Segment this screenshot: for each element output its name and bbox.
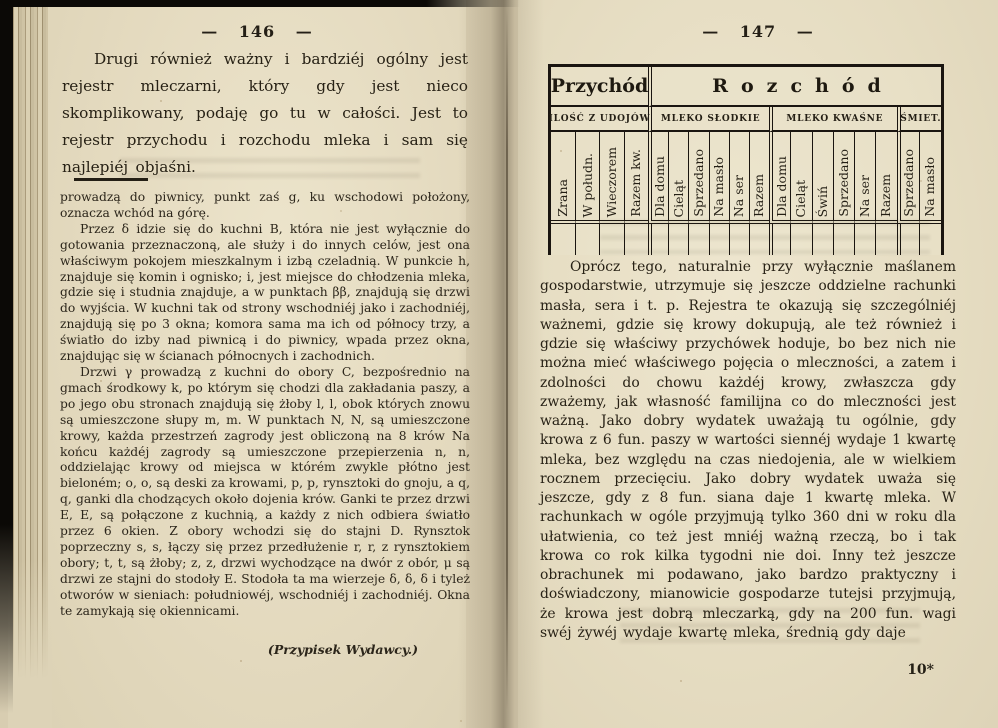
table-group-header: MLEKO SŁODKIE <box>648 107 769 132</box>
table-column-header: Dla domu <box>648 132 668 224</box>
rotated-column-label: Dla domu <box>654 156 667 217</box>
left-page: — 146 — Drugi również ważny i bardziéj o… <box>48 0 466 728</box>
rotated-column-label: Sprzedano <box>838 149 851 217</box>
table-column-header: Cieląt <box>790 132 811 224</box>
table-group-header: MLEKO KWAŚNE <box>769 107 896 132</box>
table-column-header: Wieczorem <box>599 132 623 224</box>
scan-edge-top <box>0 0 520 7</box>
rotated-column-label: Razem <box>880 174 893 217</box>
rotated-column-label: W połudn. <box>582 153 595 217</box>
table-column-header: Dla domu <box>769 132 790 224</box>
table-column-header: Sprzedano <box>833 132 854 224</box>
table-empty-cell <box>575 224 599 255</box>
book-gutter-line <box>506 10 508 710</box>
rotated-column-label: Sprzedano <box>693 149 706 217</box>
table-column-header: Na ser <box>854 132 875 224</box>
rotated-column-label: Na masło <box>924 157 937 217</box>
table-group-header: ŚMIET. <box>897 107 941 132</box>
book-scan: { "left_page": { "header": "— 146 —", "i… <box>0 0 998 728</box>
table-group-header: ILOŚĆ Z UDOJÓW <box>551 107 648 132</box>
table-column-header: Razem kw. <box>624 132 648 224</box>
table-column-header: Świń <box>812 132 833 224</box>
table-header-rozchod: Rozchód <box>648 67 941 107</box>
rotated-column-label: Razem <box>753 174 766 217</box>
rotated-column-label: Zrana <box>557 179 570 217</box>
table-column-header: Cieląt <box>668 132 688 224</box>
footnote-paragraphs: prowadzą do piwnicy, punkt zaś g, ku wsc… <box>60 190 470 619</box>
table-column-header: Sprzedano <box>897 132 919 224</box>
body-paragraph: Oprócz tego, naturalnie przy wyłącznie m… <box>540 258 956 643</box>
table-empty-cell <box>551 224 575 255</box>
footnote-signature: (Przypisek Wydawcy.) <box>268 642 418 657</box>
table-column-header: Sprzedano <box>688 132 708 224</box>
table-column-header: Razem <box>875 132 896 224</box>
rotated-column-label: Cieląt <box>673 180 686 217</box>
signature-mark: 10* <box>907 662 934 678</box>
rotated-column-label: Na masło <box>713 157 726 217</box>
page-edge-fade <box>8 560 52 728</box>
table-header-przychod: Przychód <box>551 67 648 107</box>
bleedthrough-artifact <box>120 158 420 184</box>
footnote-paragraph: Przez δ idzie się do kuchni B, która nie… <box>60 222 470 365</box>
rotated-column-label: Świń <box>817 186 830 217</box>
rotated-column-label: Dla domu <box>776 156 789 217</box>
bleedthrough-artifact <box>600 220 930 254</box>
rotated-column-label: Sprzedano <box>903 149 916 217</box>
table-column-header: Na masło <box>919 132 941 224</box>
rotated-column-label: Wieczorem <box>606 147 619 217</box>
bleedthrough-artifact <box>620 608 920 648</box>
table-column-header: Na masło <box>709 132 729 224</box>
footnote-paragraph: Drzwi γ prowadzą z kuchni do obory C, be… <box>60 365 470 620</box>
table-column-header: Na ser <box>729 132 749 224</box>
rotated-column-label: Razem kw. <box>630 149 643 217</box>
table-column-header: Zrana <box>551 132 575 224</box>
scan-edge-left <box>0 0 13 728</box>
footnote-paragraph: prowadzą do piwnicy, punkt zaś g, ku wsc… <box>60 190 470 222</box>
table-column-header: Razem <box>749 132 769 224</box>
rotated-column-label: Cieląt <box>795 180 808 217</box>
table-column-header: W połudn. <box>575 132 599 224</box>
book-gutter-shadow <box>458 0 544 728</box>
left-page-number: — 146 — <box>48 22 466 41</box>
right-page-number: — 147 — <box>518 22 998 41</box>
rotated-column-label: Na ser <box>733 175 746 217</box>
rotated-column-label: Na ser <box>859 175 872 217</box>
